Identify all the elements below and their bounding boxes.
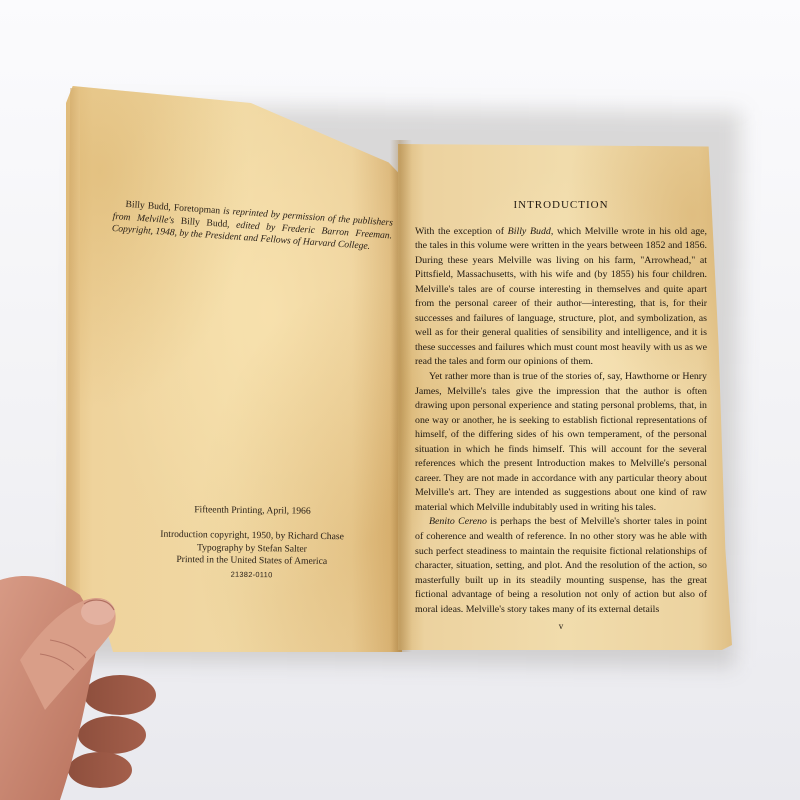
p1-lead: With the exception of xyxy=(415,226,508,237)
p3-title: Benito Cereno xyxy=(429,516,487,527)
p1-rest: , which Melville wrote in his old age, t… xyxy=(415,226,707,368)
intro-paragraph-1: With the exception of Billy Budd, which … xyxy=(415,225,707,370)
p1-title: Billy Budd xyxy=(508,226,551,237)
intro-paragraph-2: Yet rather more than is true of the stor… xyxy=(415,370,707,515)
p3-rest: is perhaps the best of Melville's shorte… xyxy=(415,516,707,614)
page-number: v xyxy=(415,619,707,634)
photo-scene: Billy Budd, Foretopman is reprinted by p… xyxy=(0,0,800,800)
intro-paragraph-3: Benito Cereno is perhaps the best of Mel… xyxy=(415,515,707,617)
introduction-heading: INTRODUCTION xyxy=(415,198,707,213)
hand-icon xyxy=(0,570,200,800)
introduction-text: INTRODUCTION With the exception of Billy… xyxy=(415,198,707,634)
printing-line: Fifteenth Printing, April, 1966 xyxy=(120,503,384,519)
